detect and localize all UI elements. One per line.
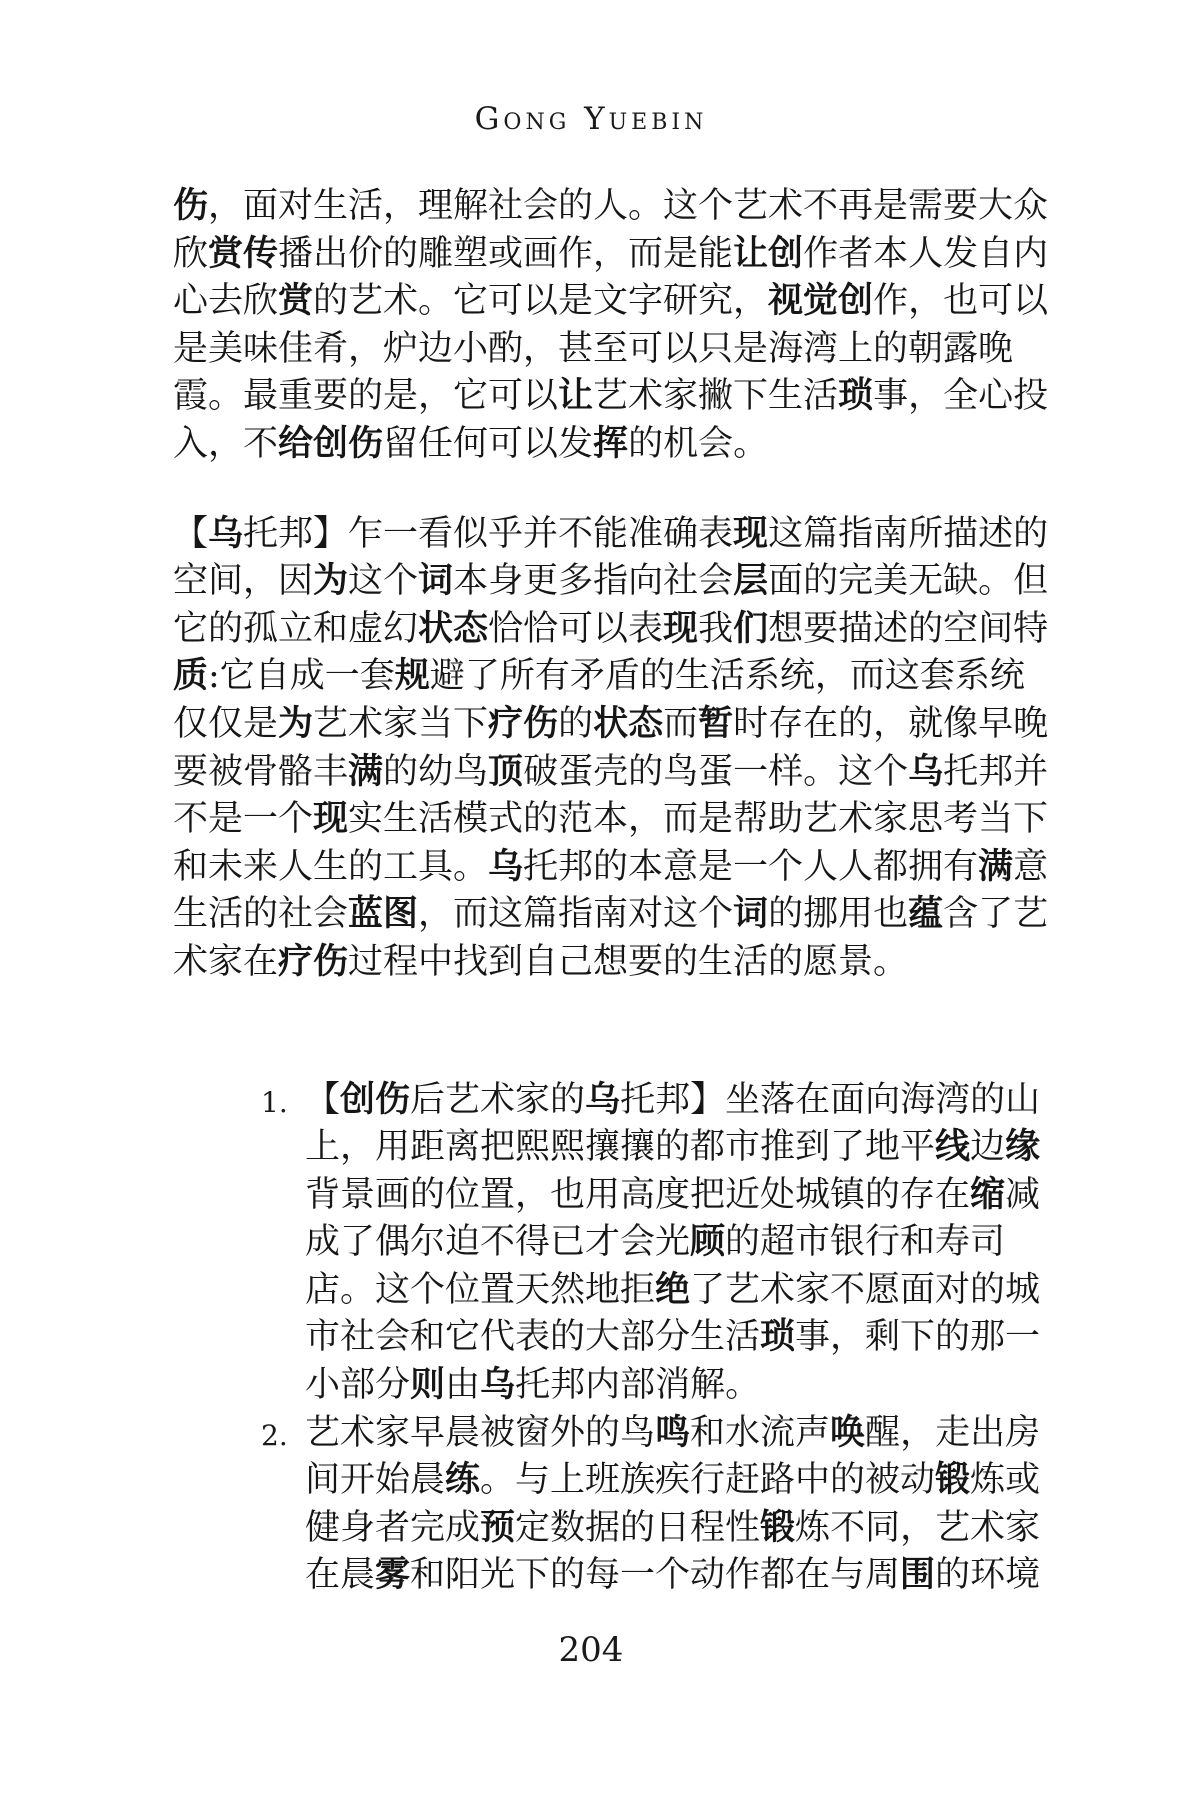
- list-item-2-text: 艺术家早晨被窗外的鸟鸣和水流声唤醒，走出房间开始晨练。与上班族疾行赶路中的被动锻…: [305, 1410, 1040, 1600]
- text-line: 霞。最重要的是，它可以让艺术家撇下生活琐事，全心投: [173, 373, 1033, 421]
- text-line: 它的孤立和虚幻状态恰恰可以表现我们想要描述的空间特: [173, 606, 1033, 654]
- text-line: 成了偶尔迫不得已才会光顾的超市银行和寿司: [305, 1219, 1040, 1267]
- list-item-2-number: 2.: [261, 1410, 305, 1452]
- text-line: 要被骨骼丰满的幼鸟顶破蛋壳的鸟蛋一样。这个乌托邦并: [173, 749, 1033, 797]
- text-line: 生活的社会蓝图，而这篇指南对这个词的挪用也蕴含了艺: [173, 891, 1033, 939]
- paragraph-2-utopia: 【乌托邦】乍一看似乎并不能准确表现这篇指南所描述的空间，因为这个词本身更多指向社…: [173, 511, 1033, 987]
- text-line: 小部分则由乌托邦内部消解。: [305, 1362, 1040, 1410]
- text-line: 空间，因为这个词本身更多指向社会层面的完美无缺。但: [173, 558, 1033, 606]
- list-item-1-text: 【创伤后艺术家的乌托邦】坐落在面向海湾的山上，用距离把熙熙攘攘的都市推到了地平线…: [305, 1077, 1040, 1410]
- list-item-2: 2. 艺术家早晨被窗外的鸟鸣和水流声唤醒，走出房间开始晨练。与上班族疾行赶路中的…: [261, 1410, 1033, 1600]
- text-line: 【乌托邦】乍一看似乎并不能准确表现这篇指南所描述的: [173, 511, 1033, 559]
- book-page: Gong Yuebin 伤，面对生活，理解社会的人。这个艺术不再是需要大众欣赏传…: [0, 0, 1200, 1800]
- text-line: 入，不给创伤留任何可以发挥的机会。: [173, 421, 1033, 469]
- text-line: 仅仅是为艺术家当下疗伤的状态而暂时存在的，就像早晚: [173, 701, 1033, 749]
- page-number: 204: [173, 1630, 1009, 1670]
- text-line: 市社会和它代表的大部分生活琐事，剩下的那一: [305, 1314, 1040, 1362]
- text-line: 上，用距离把熙熙攘攘的都市推到了地平线边缘: [305, 1124, 1040, 1172]
- text-line: 在晨雾和阳光下的每一个动作都在与周围的环境: [305, 1552, 1040, 1600]
- list-item-1-number: 1.: [261, 1077, 305, 1119]
- text-line: 术家在疗伤过程中找到自己想要的生活的愿景。: [173, 939, 1033, 987]
- text-line: 背景画的位置，也用高度把近处城镇的存在缩减: [305, 1172, 1040, 1220]
- list-item-1: 1. 【创伤后艺术家的乌托邦】坐落在面向海湾的山上，用距离把熙熙攘攘的都市推到了…: [261, 1077, 1033, 1410]
- text-line: 店。这个位置天然地拒绝了艺术家不愿面对的城: [305, 1267, 1040, 1315]
- text-line: 欣赏传播出价的雕塑或画作，而是能让创作者本人发自内: [173, 231, 1033, 279]
- text-line: 是美味佳肴，炉边小酌，甚至可以只是海湾上的朝露晚: [173, 326, 1033, 374]
- paragraph-1: 伤，面对生活，理解社会的人。这个艺术不再是需要大众欣赏传播出价的雕塑或画作，而是…: [173, 183, 1033, 469]
- text-line: 不是一个现实生活模式的范本，而是帮助艺术家思考当下: [173, 796, 1033, 844]
- text-line: 间开始晨练。与上班族疾行赶路中的被动锻炼或: [305, 1457, 1040, 1505]
- page-body: 伤，面对生活，理解社会的人。这个艺术不再是需要大众欣赏传播出价的雕塑或画作，而是…: [173, 183, 1033, 1600]
- text-line: 艺术家早晨被窗外的鸟鸣和水流声唤醒，走出房: [305, 1410, 1040, 1458]
- text-line: 和未来人生的工具。乌托邦的本意是一个人人都拥有满意: [173, 844, 1033, 892]
- numbered-list: 1. 【创伤后艺术家的乌托邦】坐落在面向海湾的山上，用距离把熙熙攘攘的都市推到了…: [173, 1077, 1033, 1601]
- text-line: 质:它自成一套规避了所有矛盾的生活系统，而这套系统: [173, 653, 1033, 701]
- running-header: Gong Yuebin: [173, 101, 1009, 137]
- text-line: 伤，面对生活，理解社会的人。这个艺术不再是需要大众: [173, 183, 1033, 231]
- text-line: 心去欣赏的艺术。它可以是文字研究，视觉创作，也可以: [173, 278, 1033, 326]
- text-line: 【创伤后艺术家的乌托邦】坐落在面向海湾的山: [305, 1077, 1040, 1125]
- text-line: 健身者完成预定数据的日程性锻炼不同，艺术家: [305, 1505, 1040, 1553]
